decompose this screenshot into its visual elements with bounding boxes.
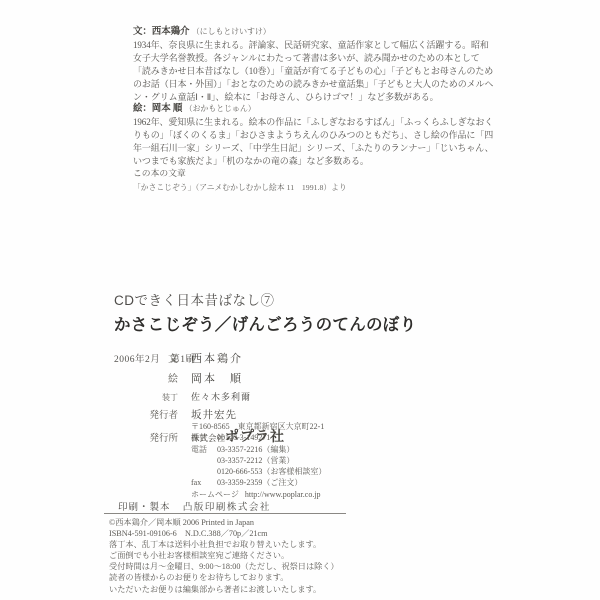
- credit-label: 装丁: [118, 392, 178, 403]
- copyright-legal-block: ©西本鶏介／岡本順 2006 Printed in Japan ISBN4-59…: [109, 517, 489, 595]
- illustrator-bio-text: 1962年、愛知県に生まれる。絵本の作品に「ふしぎなおるすばん」「ふっくらふしぎ…: [133, 116, 553, 168]
- author-bio-text: 1934年、奈良県に生まれる。評論家、民話研究家、童話作家として幅広く活躍する。…: [133, 39, 553, 104]
- publisher-address-row: 〒160-8565 東京都新宿区大京町22-1: [191, 421, 451, 432]
- printer-label: 印刷・製本: [118, 503, 171, 513]
- author-name: 文：西本鶏介: [133, 27, 189, 37]
- illustrator-name: 絵：岡本 順: [133, 104, 182, 114]
- postal-transfer-number: 00140-3-149271: [217, 432, 270, 443]
- author-heading: 文：西本鶏介 （にしもとけいすけ）: [133, 26, 553, 39]
- credit-row-illustration: 絵 岡本 順: [118, 370, 458, 386]
- credit-row-publisher-person: 発行者 坂井宏先: [118, 407, 458, 422]
- illustrator-heading: 絵：岡本 順 （おかもとじゅん）: [133, 103, 553, 116]
- illustrator-name-kana: （おかもとじゅん）: [185, 104, 256, 113]
- phone-row-sales: 03-3357-2212（営業）: [191, 455, 451, 466]
- text-source-note: この本の文章 「かさこじぞう」（アニメむかしむかし絵本 11 1991.8）より: [133, 166, 553, 193]
- fax-number: 03-3359-2359（ご注文）: [217, 477, 302, 488]
- fax-row: fax 03-3359-2359（ご注文）: [191, 477, 451, 488]
- credit-label: 発行者: [118, 407, 178, 421]
- postal-transfer-row: 振替 00140-3-149271: [191, 432, 451, 443]
- contributor-bios: 文：西本鶏介 （にしもとけいすけ） 1934年、奈良県に生まれる。評論家、民話研…: [133, 26, 553, 168]
- phone-number-customer-service: 0120-666-553（お客様相談室）: [217, 466, 326, 477]
- credit-value: 坂井宏先: [191, 407, 237, 422]
- phone-row-customer-service: 0120-666-553（お客様相談室）: [191, 466, 451, 477]
- source-note-heading: この本の文章: [133, 166, 553, 179]
- postal-transfer-label: 振替: [191, 432, 213, 443]
- divider-rule: [104, 513, 346, 514]
- publisher-address: 〒160-8565 東京都新宿区大京町22-1: [191, 421, 324, 432]
- credit-label: 文: [118, 350, 178, 365]
- fax-label: fax: [191, 477, 213, 488]
- phone-label: 電話: [191, 444, 213, 455]
- credit-label: 発行所: [118, 430, 178, 444]
- credit-row-text: 文 西本鶏介: [118, 350, 458, 366]
- printer-name: 凸版印刷株式会社: [183, 503, 271, 513]
- printer-row: 印刷・製本 凸版印刷株式会社: [118, 499, 271, 513]
- credit-value: 岡本 順: [191, 370, 243, 386]
- book-title: かさこじぞう／げんごろうのてんのぼり: [114, 311, 534, 335]
- credit-value: 佐々木多利爾: [191, 390, 251, 403]
- publisher-contact-details: 〒160-8565 東京都新宿区大京町22-1 振替 00140-3-14927…: [191, 421, 451, 500]
- phone-number-sales: 03-3357-2212（営業）: [217, 455, 294, 466]
- credit-row-design: 装丁 佐々木多利爾: [118, 390, 458, 403]
- source-note-body: 「かさこじぞう」（アニメむかしむかし絵本 11 1991.8）より: [133, 182, 553, 193]
- phone-number-editorial: 03-3357-2216（編集）: [217, 444, 294, 455]
- series-name: CDできく日本昔ばなし⑦: [114, 289, 534, 309]
- phone-row-editorial: 電話 03-3357-2216（編集）: [191, 444, 451, 455]
- author-name-kana: （にしもとけいすけ）: [192, 27, 271, 36]
- credit-value: 西本鶏介: [191, 350, 243, 366]
- book-colophon-page: 文：西本鶏介 （にしもとけいすけ） 1934年、奈良県に生まれる。評論家、民話研…: [0, 0, 600, 600]
- credit-label: 絵: [118, 370, 178, 385]
